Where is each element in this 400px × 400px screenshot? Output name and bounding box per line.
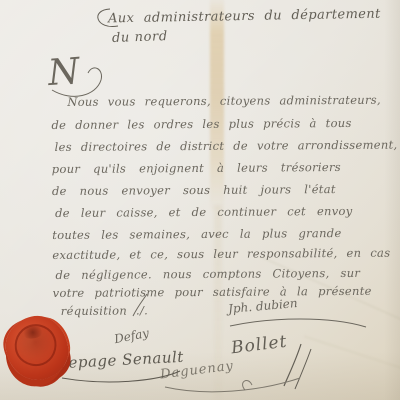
- letter-body-line: pour qu'ils enjoignent à leurs trésorier…: [52, 160, 341, 176]
- letter-body-line: réquisition ./.: [61, 303, 148, 318]
- letter-body-line: les directoires de district de votre arr…: [55, 138, 398, 154]
- letter-document: Aux administrateurs du département du no…: [0, 0, 400, 400]
- letter-body-line: de leur caisse, et de continuer cet envo…: [55, 204, 353, 220]
- letter-body-line: de nous envoyer sous huit jours l'état: [52, 182, 336, 198]
- letter-body-line: votre patriotisme pour satisfaire à la p…: [53, 284, 372, 300]
- letter-body-line: de donner les ordres les plus précis à t…: [51, 116, 351, 132]
- letter-body-line: Nous vous requerons, citoyens administra…: [67, 93, 381, 109]
- letter-body-line: de négligence. nous comptons Citoyens, s…: [55, 266, 360, 282]
- letter-body-line: toutes les semaines, avec la plus grande: [52, 226, 341, 242]
- letter-body-line: exactitude, et ce, sous leur responsabil…: [52, 246, 390, 262]
